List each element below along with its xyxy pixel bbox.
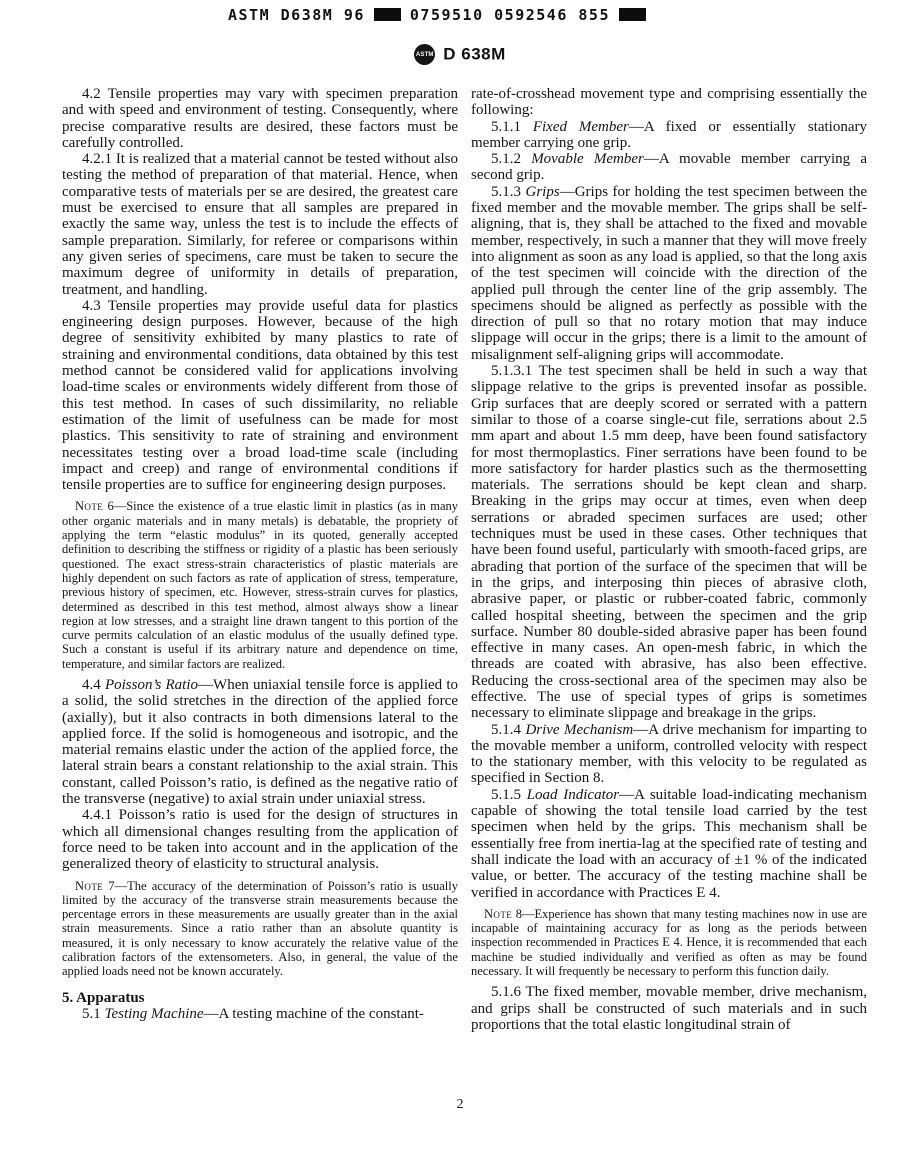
left-column: 4.2 Tensile properties may vary with spe… <box>62 86 458 1033</box>
text-segment: Note <box>75 879 103 893</box>
text-segment: 4.2 Tensile properties may vary with spe… <box>62 86 458 151</box>
text-segment: —A suitable load-indicating mechanism ca… <box>471 787 867 901</box>
para-5-1-4: 5.1.4 Drive Mechanism—A drive mechanism … <box>471 722 867 787</box>
designation-line: ASTMD 638M <box>0 44 920 65</box>
filled-block-icon <box>374 8 401 21</box>
text-segment: Note <box>484 907 512 921</box>
para-4-4-1: 4.4.1 Poisson’s ratio is used for the de… <box>62 807 458 872</box>
para-5-1-2: 5.1.2 Movable Member—A movable member ca… <box>471 151 867 184</box>
para-4-3: 4.3 Tensile properties may provide usefu… <box>62 298 458 494</box>
para-5-1-continued: rate-of-crosshead movement type and comp… <box>471 86 867 119</box>
para-4-2-1: 4.2.1 It is realized that a material can… <box>62 151 458 298</box>
para-5-1-5: 5.1.5 Load Indicator—A suitable load-ind… <box>471 787 867 901</box>
text-segment: Movable Member <box>531 151 644 167</box>
para-4-2: 4.2 Tensile properties may vary with spe… <box>62 86 458 151</box>
text-segment: —A testing machine of the constant- <box>204 1006 424 1022</box>
page-number: 2 <box>0 1097 920 1113</box>
heading-5-apparatus: 5. Apparatus <box>62 990 458 1006</box>
text-segment: 4.4 <box>82 677 105 693</box>
text-segment: 4.4.1 Poisson’s ratio is used for the de… <box>62 807 458 872</box>
text-segment: —When uniaxial tensile force is applied … <box>62 677 458 807</box>
para-5-1-3: 5.1.3 Grips—Grips for holding the test s… <box>471 184 867 363</box>
text-segment: Fixed Member <box>533 119 629 135</box>
para-5-1-1: 5.1.1 Fixed Member—A fixed or essentiall… <box>471 119 867 152</box>
standard-designation: D 638M <box>443 45 506 64</box>
text-segment: 5.1 <box>82 1006 105 1022</box>
text-segment: Grips <box>526 184 560 200</box>
text-segment: Drive Mechanism <box>525 722 633 738</box>
text-segment: 6—Since the existence of a true elastic … <box>62 499 458 670</box>
filled-block-icon <box>619 8 646 21</box>
para-4-4: 4.4 Poisson’s Ratio—When uniaxial tensil… <box>62 677 458 807</box>
text-segment: 5.1.4 <box>491 722 525 738</box>
text-segment: 5.1.3.1 The test specimen shall be held … <box>471 363 867 721</box>
text-segment: Note <box>75 499 103 513</box>
note-8: Note 8—Experience has shown that many te… <box>471 907 867 978</box>
text-segment: 5. Apparatus <box>62 990 145 1006</box>
para-5-1: 5.1 Testing Machine—A testing machine of… <box>62 1006 458 1022</box>
para-5-1-6: 5.1.6 The fixed member, movable member, … <box>471 984 867 1033</box>
text-segment: 4.2.1 It is realized that a material can… <box>62 151 458 297</box>
text-segment: 5.1.2 <box>491 151 531 167</box>
astm-logo-text: ASTM <box>416 52 434 58</box>
note-7: Note 7—The accuracy of the determination… <box>62 879 458 979</box>
note-6: Note 6—Since the existence of a true ela… <box>62 499 458 671</box>
text-segment: 8—Experience has shown that many testing… <box>471 907 867 978</box>
right-column: rate-of-crosshead movement type and comp… <box>471 86 867 1033</box>
two-column-body: 4.2 Tensile properties may vary with spe… <box>62 86 867 1033</box>
scan-header-text: ASTM D638M 96 <box>228 6 365 24</box>
scan-header-line: ASTM D638M 960759510 0592546 855 <box>228 6 655 24</box>
document-page: ASTM D638M 960759510 0592546 855 ASTMD 6… <box>0 0 920 1173</box>
text-segment: 5.1.3 <box>491 184 526 200</box>
text-segment: 7—The accuracy of the determination of P… <box>62 879 458 979</box>
text-segment: Testing Machine <box>105 1006 204 1022</box>
text-segment: 4.3 Tensile properties may provide usefu… <box>62 298 458 493</box>
text-segment: Load Indicator <box>527 787 619 803</box>
text-segment: 5.1.6 The fixed member, movable member, … <box>471 984 867 1033</box>
text-segment: 5.1.1 <box>491 119 533 135</box>
text-segment: —Grips for holding the test specimen bet… <box>471 184 867 363</box>
scan-header-code: 0759510 0592546 855 <box>410 6 610 24</box>
text-segment: rate-of-crosshead movement type and comp… <box>471 86 867 118</box>
para-5-1-3-1: 5.1.3.1 The test specimen shall be held … <box>471 363 867 722</box>
text-segment: Poisson’s Ratio <box>105 677 198 693</box>
text-segment: 5.1.5 <box>491 787 527 803</box>
astm-logo-icon: ASTM <box>414 44 435 65</box>
